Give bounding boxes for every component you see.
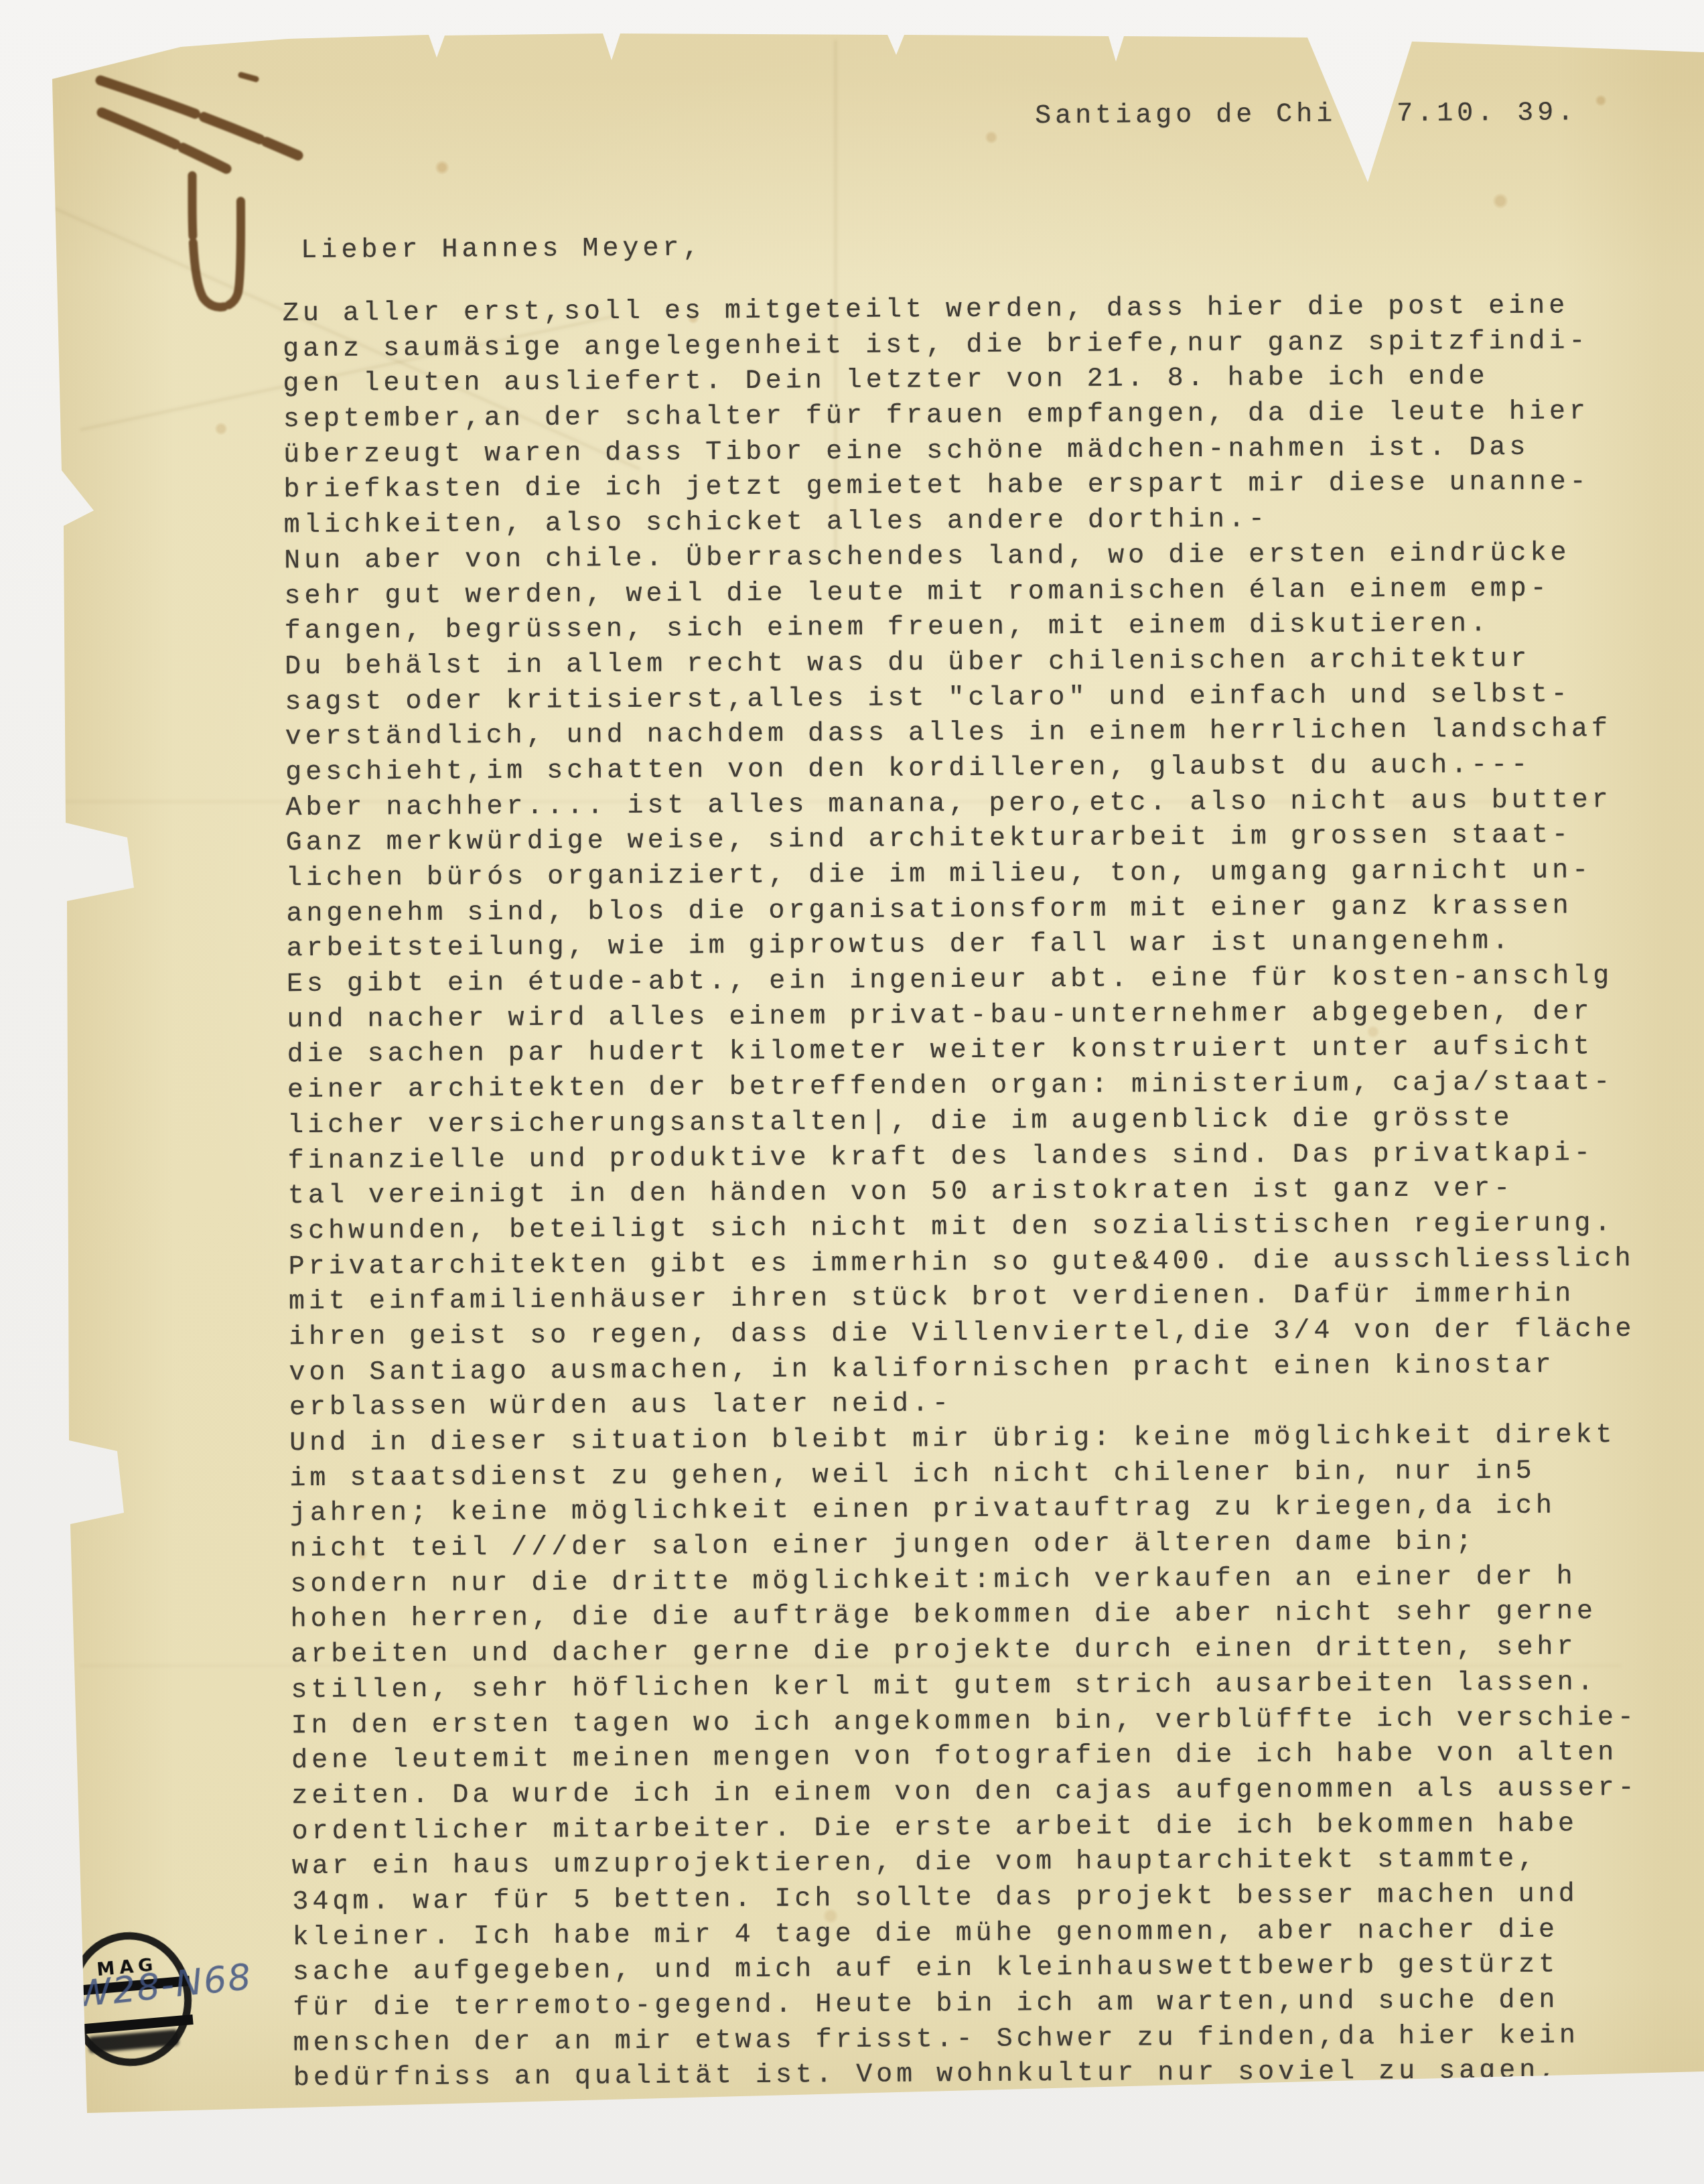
stamp-smudged-text bbox=[88, 2029, 180, 2053]
letter-body: Zu aller erst,soll es mitgeteilt werden,… bbox=[283, 289, 1640, 2097]
scanned-letter-page: { "document_type": "typewritten letter (… bbox=[0, 0, 1704, 2184]
letter-text-layer: Santiago de Chile 7.10. 39. Lieber Hanne… bbox=[0, 0, 1704, 2184]
letter-paper: Santiago de Chile 7.10. 39. Lieber Hanne… bbox=[0, 0, 1704, 2184]
letter-salutation: Lieber Hannes Meyer, bbox=[301, 233, 703, 266]
letter-date: Santiago de Chile 7.10. 39. bbox=[1035, 98, 1577, 131]
